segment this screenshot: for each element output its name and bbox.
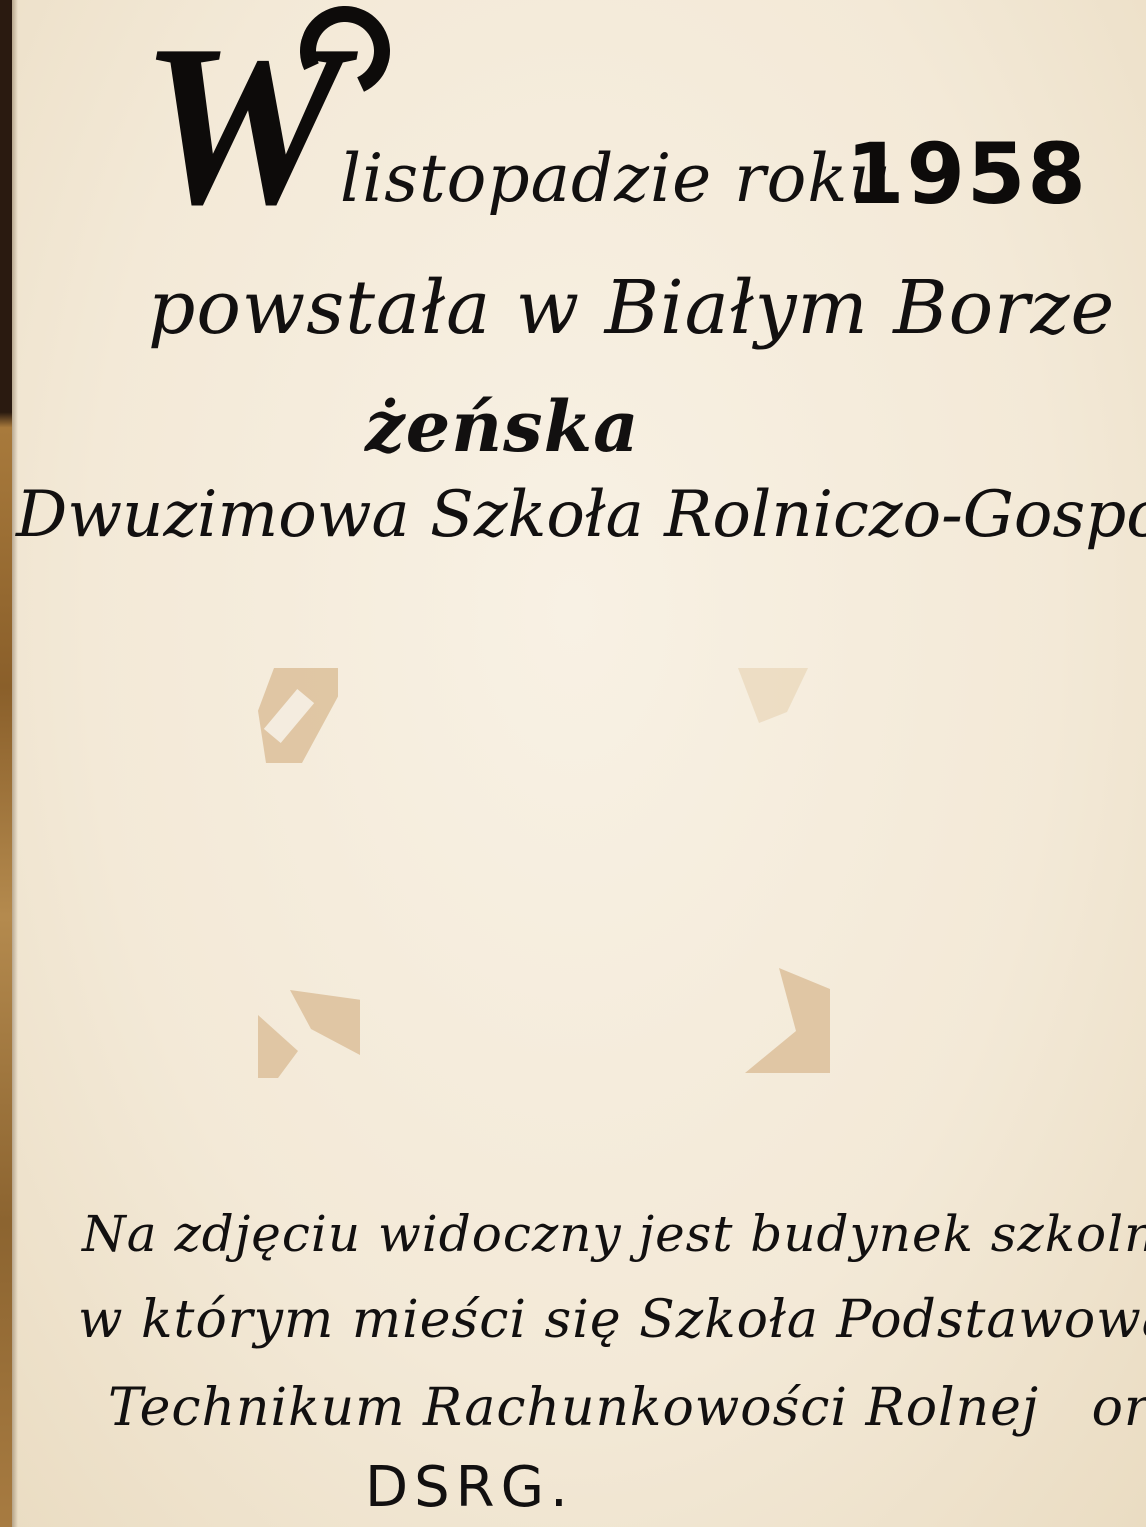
photo-corner-bottom-right <box>745 968 830 1073</box>
photo-corner-top-right <box>738 668 808 723</box>
drop-cap-letter: W <box>140 10 345 240</box>
heading-line-3: żeńska <box>365 385 639 468</box>
photo-corner-bottom-left-fragment <box>290 990 360 1055</box>
heading-line-2: powstała w Białym Borze <box>148 265 1115 351</box>
heading-line-1: listopadzie roku <box>340 140 892 217</box>
caption-line-2: w którym mieści się Szkoła Podstawowa, <box>78 1290 1146 1350</box>
document-page: W listopadzie roku 1958 powstała w Biały… <box>0 0 1146 1527</box>
heading-line-4-school-name: Dwuzimowa Szkoła Rolniczo-Gospodarcza <box>16 478 1146 552</box>
caption-line-1: Na zdjęciu widoczny jest budynek szkolny <box>82 1205 1146 1263</box>
book-binding-edge <box>0 0 12 1527</box>
heading-year: 1958 <box>846 132 1088 216</box>
binding-shadow <box>12 0 18 1527</box>
caption-line-4-acronym: DSRG. <box>365 1455 574 1520</box>
caption-line-3: Technikum Rachunkowości Rolnej oraz <box>108 1378 1146 1438</box>
